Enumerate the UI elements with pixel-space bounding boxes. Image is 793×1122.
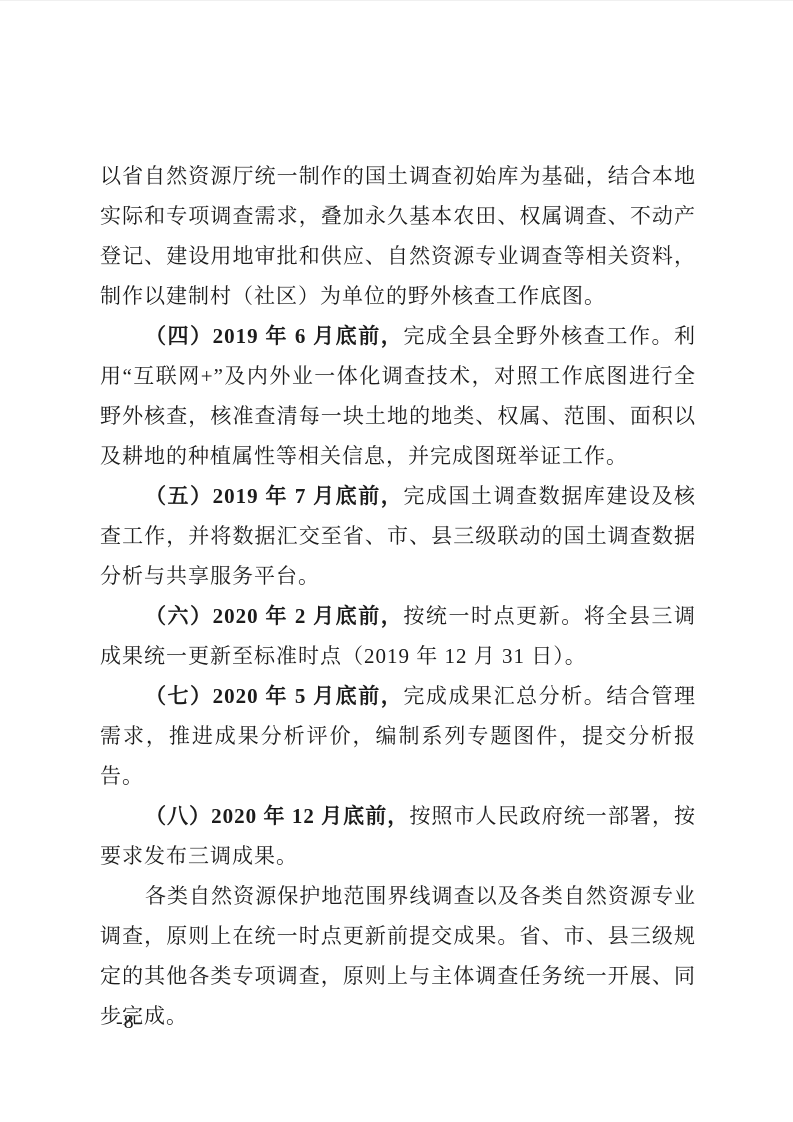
paragraph-7-text: 各类自然资源保护地范围界线调查以及各类自然资源专业调查，原则上在统一时点更新前提…: [100, 884, 696, 1028]
paragraph-2: （四）2019 年 6 月底前，完成全县全野外核查工作。利用“互联网+”及内外业…: [100, 316, 696, 476]
paragraph-4-lead: （六）2020 年 2 月底前，: [145, 604, 403, 628]
paragraph-1: 以省自然资源厅统一制作的国土调查初始库为基础，结合本地实际和专项调查需求，叠加永…: [100, 156, 696, 316]
paragraph-3-lead: （五）2019 年 7 月底前，: [145, 484, 403, 508]
document-body: 以省自然资源厅统一制作的国土调查初始库为基础，结合本地实际和专项调查需求，叠加永…: [100, 156, 696, 1036]
paragraph-5-lead: （七）2020 年 5 月底前，: [145, 684, 403, 708]
paragraph-5: （七）2020 年 5 月底前，完成成果汇总分析。结合管理需求，推进成果分析评价…: [100, 676, 696, 796]
paragraph-7: 各类自然资源保护地范围界线调查以及各类自然资源专业调查，原则上在统一时点更新前提…: [100, 876, 696, 1036]
paragraph-4: （六）2020 年 2 月底前，按统一时点更新。将全县三调成果统一更新至标准时点…: [100, 596, 696, 676]
paragraph-6: （八）2020 年 12 月底前，按照市人民政府统一部署，按要求发布三调成果。: [100, 796, 696, 876]
paragraph-3: （五）2019 年 7 月底前，完成国土调查数据库建设及核查工作，并将数据汇交至…: [100, 476, 696, 596]
paragraph-1-text: 以省自然资源厅统一制作的国土调查初始库为基础，结合本地实际和专项调查需求，叠加永…: [100, 164, 696, 308]
document-page: 以省自然资源厅统一制作的国土调查初始库为基础，结合本地实际和专项调查需求，叠加永…: [0, 0, 793, 1122]
paragraph-2-lead: （四）2019 年 6 月底前，: [145, 324, 403, 348]
page-number: -8-: [116, 1009, 142, 1035]
paragraph-6-lead: （八）2020 年 12 月底前，: [145, 804, 409, 828]
